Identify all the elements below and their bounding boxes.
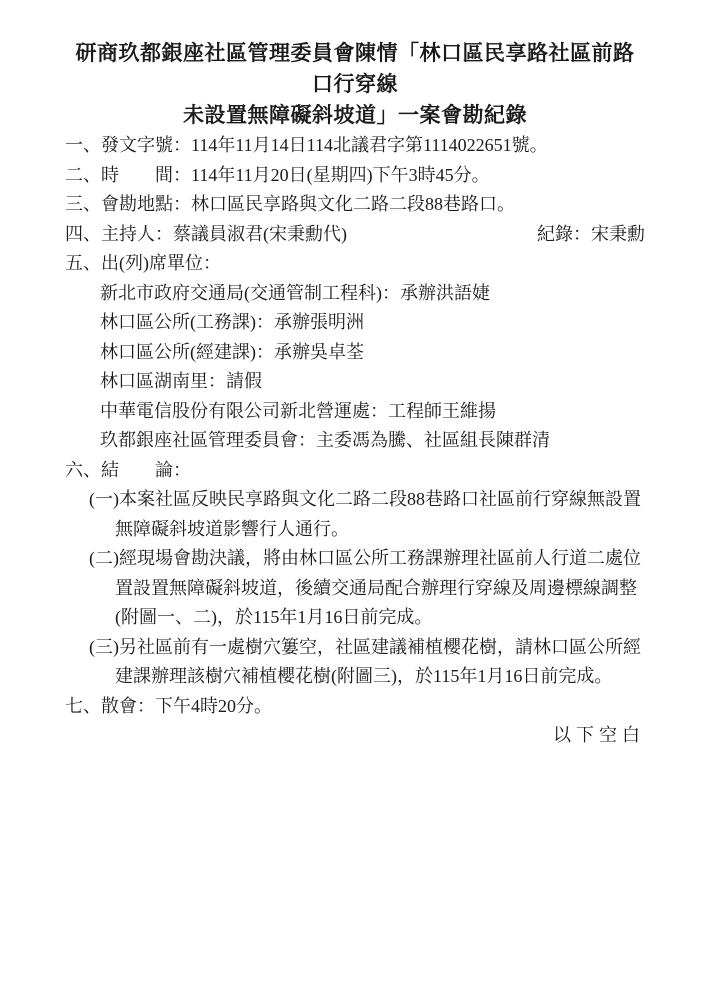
field-issue-number: 一、發文字號：114年11月14日114北議君字第1114022651號。 bbox=[65, 131, 645, 161]
document-title: 研商玖都銀座社區管理委員會陳情「林口區民享路社區前路口行穿線 未設置無障礙斜坡道… bbox=[65, 38, 645, 131]
document-body: 一、發文字號：114年11月14日114北議君字第1114022651號。 二、… bbox=[65, 131, 645, 751]
document-page: 研商玖都銀座社區管理委員會陳情「林口區民享路社區前路口行穿線 未設置無障礙斜坡道… bbox=[0, 0, 707, 1000]
document-title-line1: 研商玖都銀座社區管理委員會陳情「林口區民享路社區前路口行穿線 bbox=[65, 38, 645, 100]
conclusion-item: (三)另社區前有一處樹穴簍空，社區建議補植櫻花樹，請林口區公所經建課辦理該樹穴補… bbox=[65, 633, 645, 692]
field-conclusions-header: 六、結 論： bbox=[65, 456, 645, 486]
field-meeting-location: 三、會勘地點：林口區民享路與文化二路二段88巷路口。 bbox=[65, 190, 645, 220]
attendee-row: 林口區湖南里：請假 bbox=[65, 367, 645, 397]
attendee-row: 中華電信股份有限公司新北營運處：工程師王維揚 bbox=[65, 397, 645, 427]
attendee-row: 林口區公所(工務課)：承辦張明洲 bbox=[65, 308, 645, 338]
attendee-row: 玖都銀座社區管理委員會：主委馮為騰、社區組長陳群清 bbox=[65, 426, 645, 456]
field-attendees-header: 五、出(列)席單位： bbox=[65, 249, 645, 279]
conclusion-item: (一)本案社區反映民享路與文化二路二段88巷路口社區前行穿線無設置無障礙斜坡道影… bbox=[65, 485, 645, 544]
below-blank-note: 以下空白 bbox=[65, 721, 645, 751]
field-meeting-time: 二、時 間：114年11月20日(星期四)下午3時45分。 bbox=[65, 161, 645, 191]
field-host: 四、主持人：蔡議員淑君(宋秉勳代) bbox=[65, 220, 347, 250]
field-host-row: 四、主持人：蔡議員淑君(宋秉勳代) 紀錄：宋秉勳 bbox=[65, 220, 645, 250]
conclusion-item: (二)經現場會勘決議，將由林口區公所工務課辦理社區前人行道二處位置設置無障礙斜坡… bbox=[65, 544, 645, 633]
attendee-row: 林口區公所(經建課)：承辦吳卓荃 bbox=[65, 338, 645, 368]
attendee-row: 新北市政府交通局(交通管制工程科)：承辦洪語婕 bbox=[65, 279, 645, 309]
document-title-line2: 未設置無障礙斜坡道」一案會勘紀錄 bbox=[65, 100, 645, 131]
field-adjournment: 七、散會：下午4時20分。 bbox=[65, 692, 645, 722]
field-recorder: 紀錄：宋秉勳 bbox=[537, 220, 645, 250]
